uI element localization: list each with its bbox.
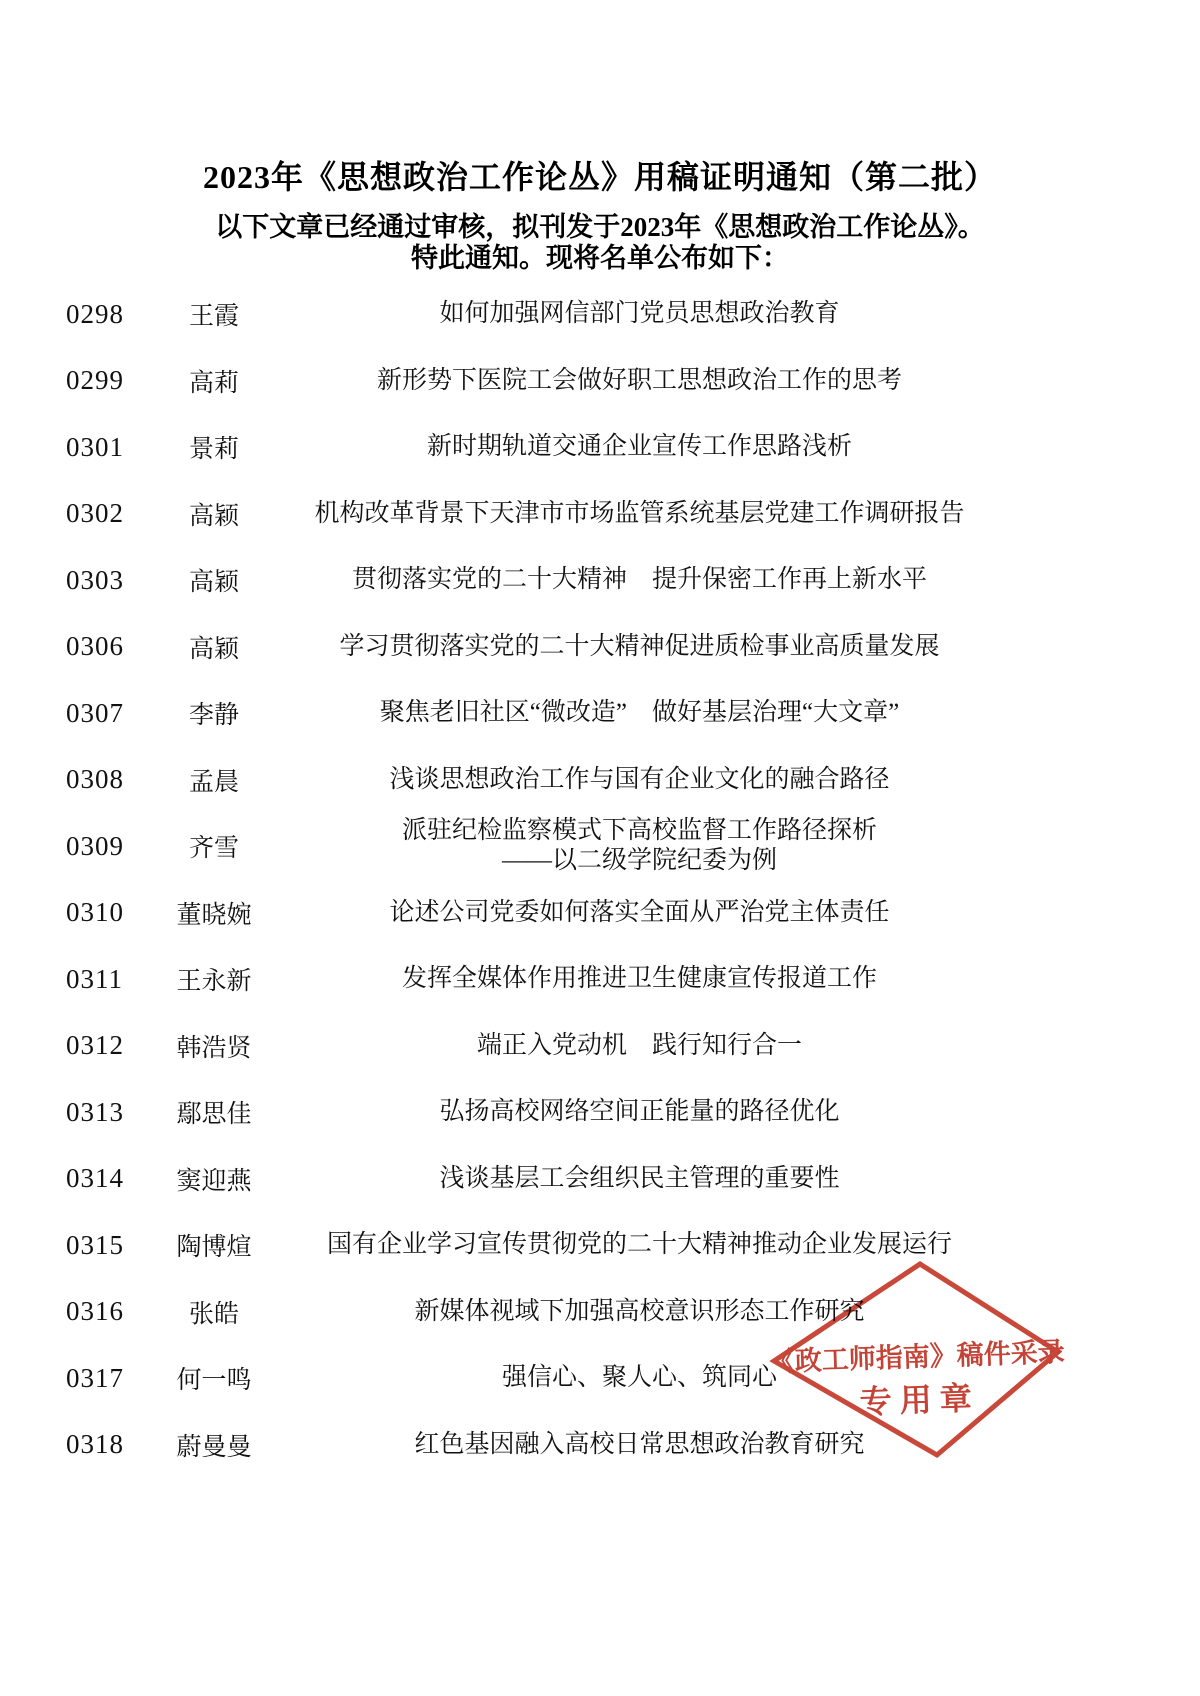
table-row: 0301 景莉 新时期轨道交通企业宣传工作思路浅析 (0, 414, 1200, 481)
article-id: 0310 (66, 897, 128, 928)
table-row: 0312 韩浩贤 端正入党动机 践行知行合一 (0, 1013, 1200, 1080)
article-list: 0298 王霞 如何加强网信部门党员思想政治教育 0299 高莉 新形势下医院工… (0, 281, 1200, 1478)
table-row: 0309 齐雪 派驻纪检监察模式下高校监督工作路径探析 ——以二级学院纪委为例 (0, 813, 1200, 880)
author-name: 高颖 (158, 629, 270, 665)
article-id: 0311 (66, 964, 128, 995)
article-id: 0318 (66, 1429, 128, 1460)
article-title: 国有企业学习宣传贯彻党的二十大精神推动企业发展运行 (270, 1230, 1009, 1260)
author-name: 陶博煊 (158, 1227, 270, 1263)
notice-document: 2023年《思想政治工作论丛》用稿证明通知（第二批） 以下文章已经通过审核，拟刊… (0, 0, 1200, 1696)
author-name: 张皓 (158, 1294, 270, 1330)
article-title: 红色基因融入高校日常思想政治教育研究 (270, 1430, 1009, 1460)
article-id: 0312 (66, 1030, 128, 1061)
article-id: 0313 (66, 1097, 128, 1128)
table-row: 0311 王永新 发挥全媒体作用推进卫生健康宣传报道工作 (0, 946, 1200, 1013)
subtitle-line-1: 以下文章已经通过审核，拟刊发于2023年《思想政治工作论丛》。 (0, 212, 1200, 243)
author-name: 何一鸣 (158, 1360, 270, 1396)
article-id: 0307 (66, 698, 128, 729)
author-name: 窦迎燕 (158, 1161, 270, 1197)
subtitle-line-2: 特此通知。现将名单公布如下： (0, 243, 1200, 274)
author-name: 鄢思佳 (158, 1094, 270, 1130)
table-row: 0298 王霞 如何加强网信部门党员思想政治教育 (0, 281, 1200, 348)
article-id: 0298 (66, 299, 128, 330)
article-title: 浅谈基层工会组织民主管理的重要性 (270, 1164, 1009, 1194)
table-row: 0307 李静 聚焦老旧社区“微改造” 做好基层治理“大文章” (0, 680, 1200, 747)
author-name: 蔚曼曼 (158, 1427, 270, 1463)
article-title: 机构改革背景下天津市市场监管系统基层党建工作调研报告 (270, 499, 1009, 529)
author-name: 李静 (158, 695, 270, 731)
article-title: 端正入党动机 践行知行合一 (270, 1031, 1009, 1061)
table-row: 0314 窦迎燕 浅谈基层工会组织民主管理的重要性 (0, 1146, 1200, 1213)
table-row: 0303 高颖 贯彻落实党的二十大精神 提升保密工作再上新水平 (0, 547, 1200, 614)
table-row: 0299 高莉 新形势下医院工会做好职工思想政治工作的思考 (0, 348, 1200, 415)
article-id: 0315 (66, 1230, 128, 1261)
table-row: 0315 陶博煊 国有企业学习宣传贯彻党的二十大精神推动企业发展运行 (0, 1212, 1200, 1279)
article-id: 0306 (66, 631, 128, 662)
article-title: 新媒体视域下加强高校意识形态工作研究 (270, 1297, 1009, 1327)
article-title: 新形势下医院工会做好职工思想政治工作的思考 (270, 366, 1009, 396)
table-row: 0308 孟晨 浅谈思想政治工作与国有企业文化的融合路径 (0, 747, 1200, 814)
author-name: 孟晨 (158, 762, 270, 798)
author-name: 高颖 (158, 496, 270, 532)
article-title: 贯彻落实党的二十大精神 提升保密工作再上新水平 (270, 565, 1009, 595)
table-row: 0302 高颖 机构改革背景下天津市市场监管系统基层党建工作调研报告 (0, 481, 1200, 548)
table-row: 0306 高颖 学习贯彻落实党的二十大精神促进质检事业高质量发展 (0, 614, 1200, 681)
article-title: 论述公司党委如何落实全面从严治党主体责任 (270, 898, 1009, 928)
article-id: 0314 (66, 1163, 128, 1194)
subtitle: 以下文章已经通过审核，拟刊发于2023年《思想政治工作论丛》。 特此通知。现将名… (0, 212, 1200, 274)
table-row: 0310 董晓婉 论述公司党委如何落实全面从严治党主体责任 (0, 880, 1200, 947)
article-title: 发挥全媒体作用推进卫生健康宣传报道工作 (270, 964, 1009, 994)
article-id: 0317 (66, 1363, 128, 1394)
author-name: 王霞 (158, 296, 270, 332)
article-id: 0309 (66, 831, 128, 862)
table-row: 0313 鄢思佳 弘扬高校网络空间正能量的路径优化 (0, 1079, 1200, 1146)
article-id: 0299 (66, 365, 128, 396)
article-title: 浅谈思想政治工作与国有企业文化的融合路径 (270, 765, 1009, 795)
table-row: 0318 蔚曼曼 红色基因融入高校日常思想政治教育研究 (0, 1412, 1200, 1479)
article-id: 0316 (66, 1296, 128, 1327)
article-id: 0302 (66, 498, 128, 529)
article-title: 学习贯彻落实党的二十大精神促进质检事业高质量发展 (270, 632, 1009, 662)
author-name: 高颖 (158, 562, 270, 598)
author-name: 景莉 (158, 429, 270, 465)
article-title: 强信心、聚人心、筑同心 (270, 1363, 1009, 1393)
table-row: 0316 张皓 新媒体视域下加强高校意识形态工作研究 (0, 1279, 1200, 1346)
article-id: 0303 (66, 565, 128, 596)
article-id: 0308 (66, 764, 128, 795)
article-title: 聚焦老旧社区“微改造” 做好基层治理“大文章” (270, 698, 1009, 728)
author-name: 韩浩贤 (158, 1028, 270, 1064)
author-name: 高莉 (158, 363, 270, 399)
article-title: 弘扬高校网络空间正能量的路径优化 (270, 1097, 1009, 1127)
article-title: 新时期轨道交通企业宣传工作思路浅析 (270, 432, 1009, 462)
author-name: 王永新 (158, 961, 270, 997)
article-title: 如何加强网信部门党员思想政治教育 (270, 299, 1009, 329)
table-row: 0317 何一鸣 强信心、聚人心、筑同心 (0, 1345, 1200, 1412)
author-name: 董晓婉 (158, 895, 270, 931)
article-title: 派驻纪检监察模式下高校监督工作路径探析 ——以二级学院纪委为例 (270, 816, 1009, 876)
page-title: 2023年《思想政治工作论丛》用稿证明通知（第二批） (0, 156, 1200, 198)
author-name: 齐雪 (158, 828, 270, 864)
article-id: 0301 (66, 432, 128, 463)
